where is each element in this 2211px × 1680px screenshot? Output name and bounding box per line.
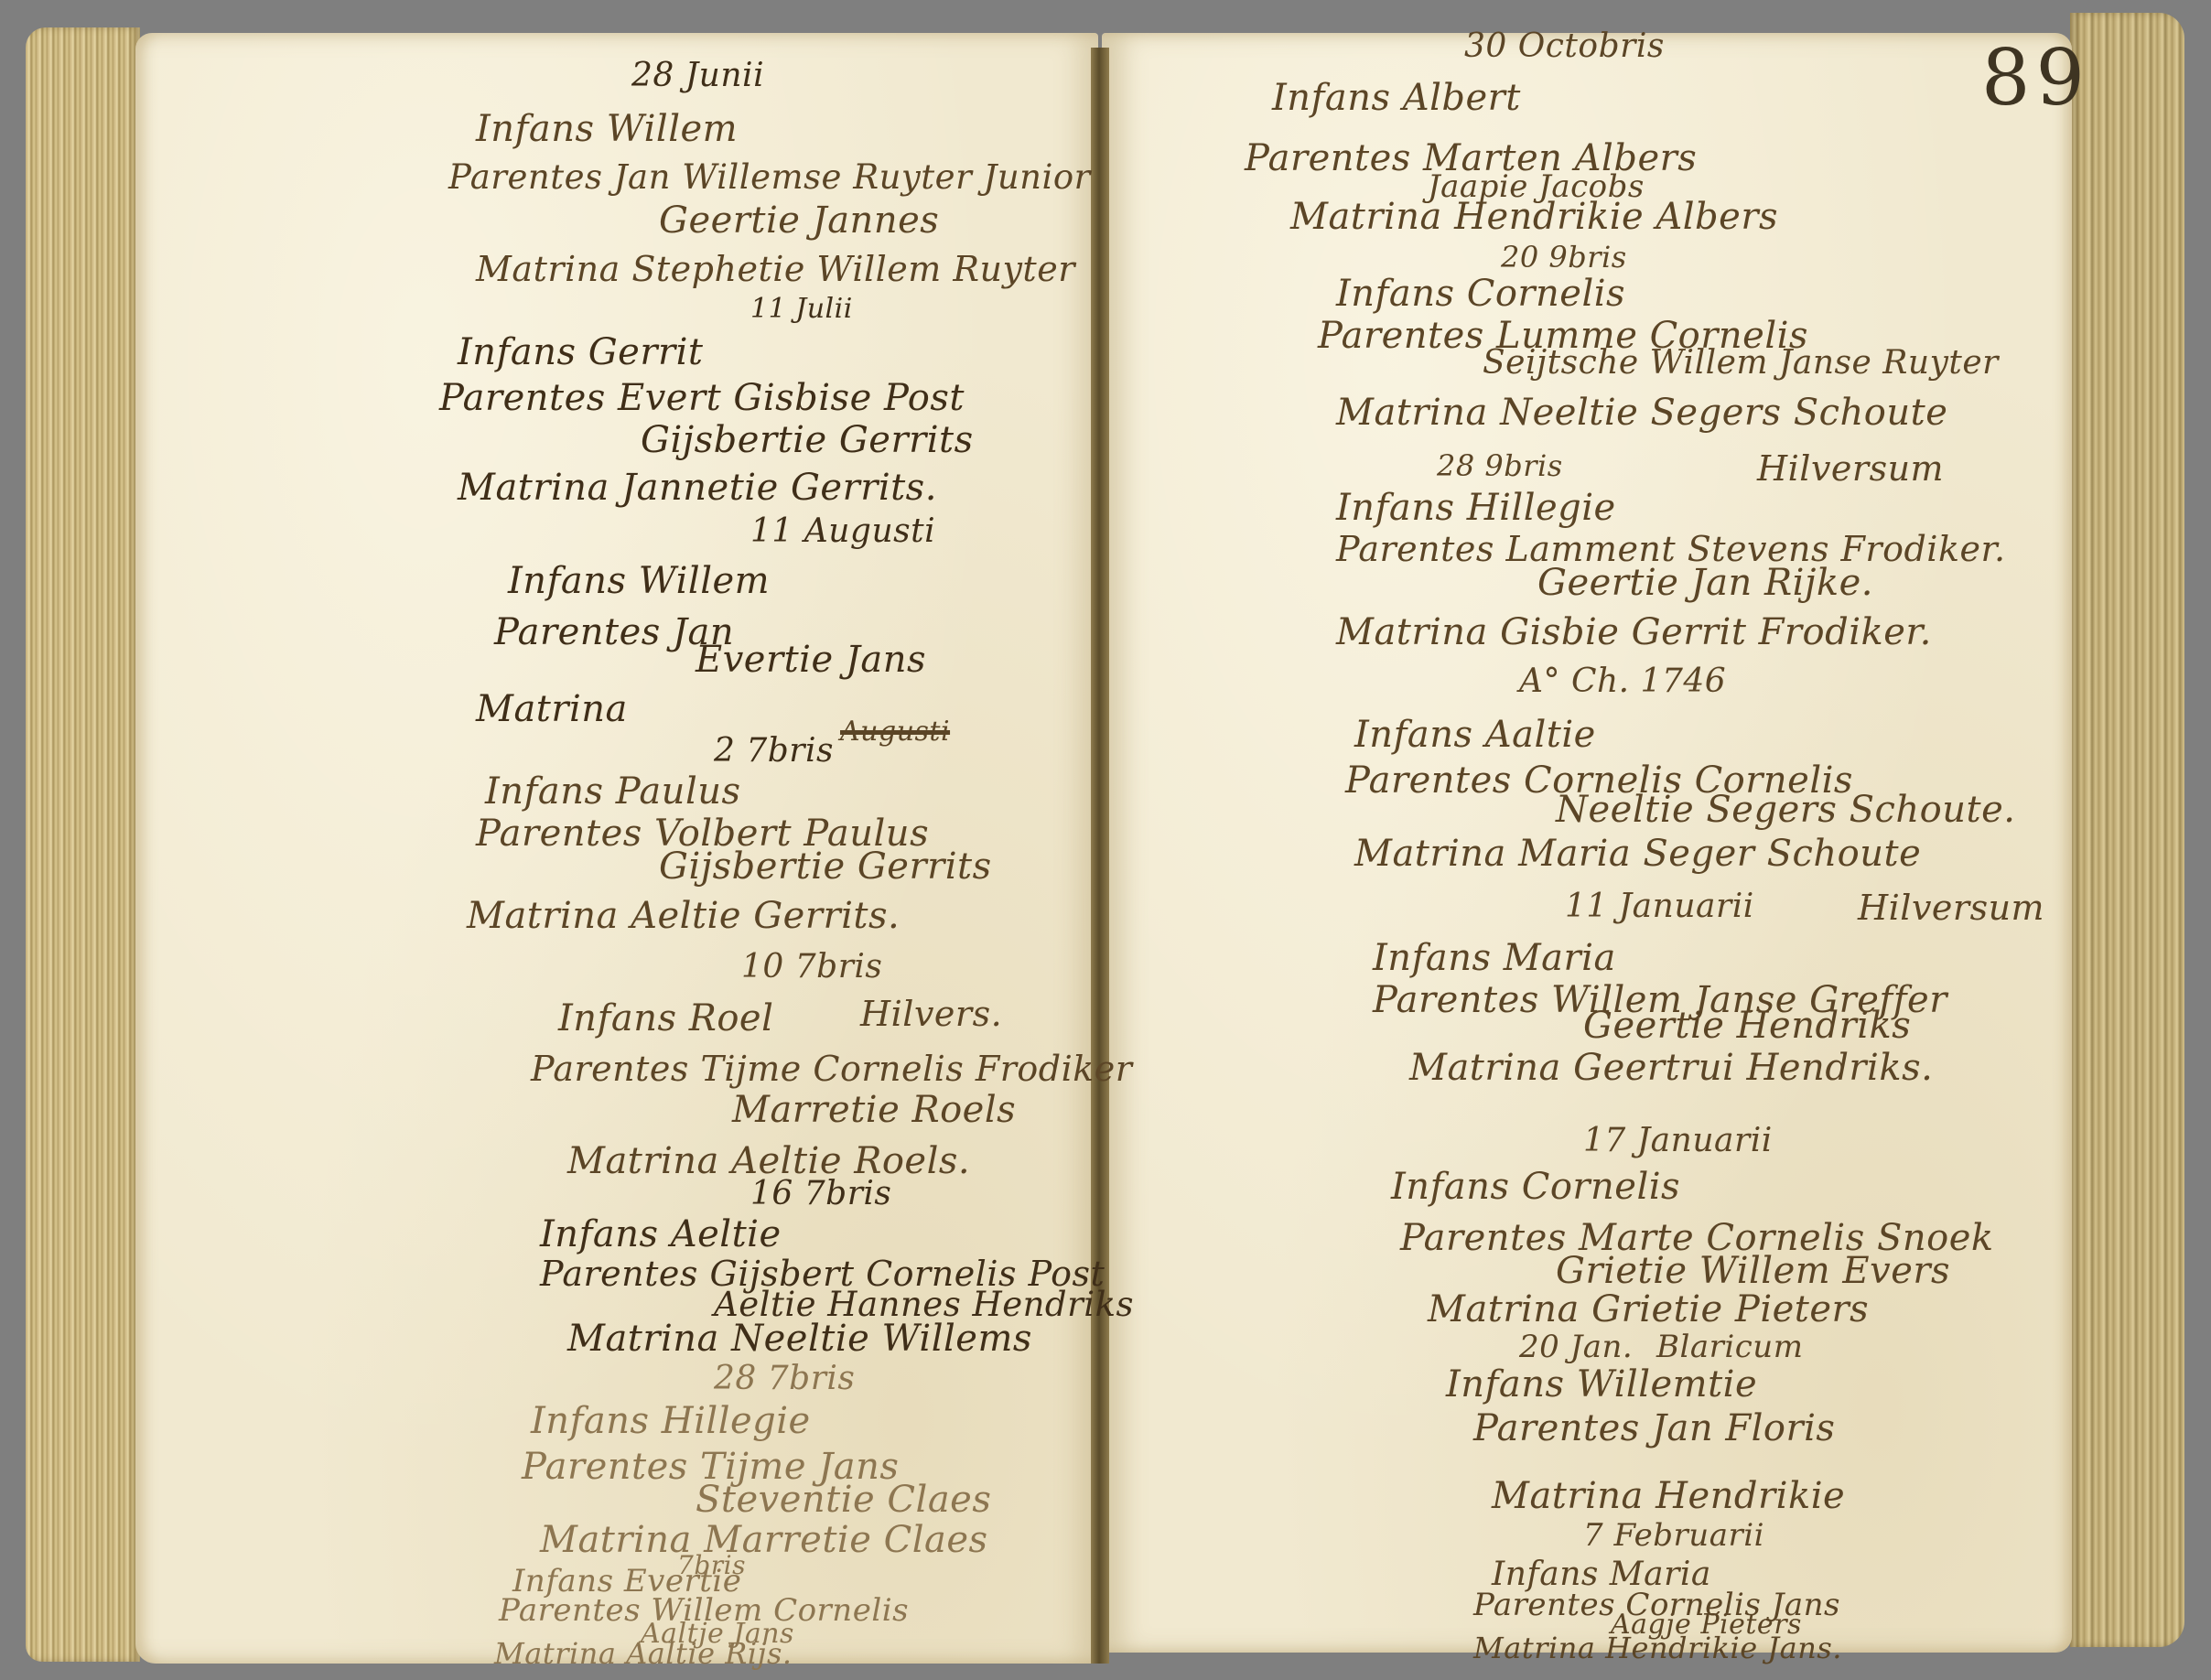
entry-infans: Infans Aaltie bbox=[1354, 714, 1596, 756]
entry-date: 28 Junii bbox=[631, 57, 764, 94]
entry-date: 20 9bris bbox=[1501, 240, 1627, 275]
entry-infans: Infans Maria bbox=[1373, 937, 1616, 979]
entry-infans: Infans Paulus bbox=[485, 770, 741, 813]
entry-matrina: Matrina Grietie Pieters bbox=[1428, 1288, 1869, 1330]
left-page-edges bbox=[26, 27, 140, 1662]
entry-infans: Infans Willem bbox=[476, 108, 738, 150]
entry-parentes: Parentes Evert Gisbise Post bbox=[439, 377, 965, 419]
entry-date: 11 Julii bbox=[750, 293, 853, 325]
entry-date: 10 7bris bbox=[741, 948, 882, 985]
entry-matrina: Matrina Maria Seger Schoute bbox=[1354, 833, 1921, 875]
entry-parentes: Gijsbertie Gerrits bbox=[641, 419, 974, 461]
entry-parentes: Parentes Jan Floris bbox=[1473, 1407, 1835, 1449]
entry-matrina: Matrina Neeltie Willems bbox=[567, 1318, 1032, 1360]
entry-parentes: Geertie Hendriks bbox=[1583, 1005, 1911, 1047]
entry-place: Hilvers. bbox=[860, 994, 1002, 1034]
entry-matrina: Matrina Marretie Claes bbox=[540, 1519, 988, 1561]
entry-infans: Infans Cornelis bbox=[1391, 1166, 1680, 1208]
entry-date: 16 7bris bbox=[750, 1175, 891, 1212]
entry-place: Blaricum bbox=[1656, 1329, 1803, 1365]
entry-place: Hilversum bbox=[1858, 888, 2044, 928]
entry-parentes: Parentes Jan Willemse Ruyter Junior bbox=[448, 157, 1091, 197]
entry-infans: Infans Albert bbox=[1272, 77, 1521, 119]
entry-date: 30 Octobris bbox=[1464, 27, 1665, 65]
entry-date-struck: Augusti bbox=[840, 716, 950, 748]
entry-date: 2 7bris bbox=[714, 732, 834, 770]
entry-matrina: Matrina Aeltie Gerrits. bbox=[467, 895, 900, 937]
entry-matrina: Matrina Hendrikie Jans. bbox=[1473, 1631, 1842, 1665]
entry-date: 28 7bris bbox=[714, 1360, 855, 1397]
entry-infans: Infans Aeltie bbox=[540, 1213, 782, 1255]
right-page-edges bbox=[2070, 13, 2184, 1647]
entry-parentes: Neeltie Segers Schoute. bbox=[1556, 789, 2015, 831]
entry-infans: Infans Cornelis bbox=[1336, 273, 1625, 315]
entry-parentes: Parentes Tijme Cornelis Frodiker bbox=[531, 1049, 1132, 1089]
entry-parentes: Geertie Jan Rijke. bbox=[1537, 562, 1873, 604]
entry-parentes: Grietie Willem Evers bbox=[1556, 1250, 1950, 1292]
book-gutter bbox=[1091, 48, 1109, 1664]
entry-date: 17 Januarii bbox=[1583, 1122, 1773, 1159]
entry-infans: Infans Willemtie bbox=[1446, 1363, 1757, 1405]
entry-date: 7 Februarii bbox=[1583, 1517, 1764, 1554]
entry-matrina: Matrina Neeltie Segers Schoute bbox=[1336, 392, 1947, 434]
entry-parentes: Evertie Jans bbox=[696, 639, 926, 681]
entry-date: 28 9bris bbox=[1437, 448, 1563, 483]
entry-infans: Infans Hillegie bbox=[1336, 487, 1616, 529]
entry-parentes: Gijsbertie Gerrits bbox=[659, 845, 992, 888]
entry-infans: Infans Gerrit bbox=[458, 331, 703, 373]
entry-matrina: Matrina bbox=[476, 688, 628, 730]
entry-matrina: Matrina Hendrikie bbox=[1492, 1475, 1845, 1517]
open-book: 89 28 Junii Infans Willem Parentes Jan W… bbox=[0, 0, 2211, 1680]
entry-parentes: Seijtsche Willem Janse Ruyter bbox=[1483, 344, 1999, 382]
entry-matrina: Matrina Aaltie Rijs. bbox=[494, 1636, 793, 1671]
entry-infans: Infans Roel bbox=[558, 997, 773, 1039]
entry-date: 11 Januarii bbox=[1565, 888, 1754, 925]
entry-matrina: Matrina Geertrui Hendriks. bbox=[1409, 1047, 1933, 1089]
entry-matrina: Matrina Stephetie Willem Ruyter bbox=[476, 249, 1075, 289]
entry-parentes: Marretie Roels bbox=[732, 1089, 1016, 1131]
entry-matrina: Matrina Gisbie Gerrit Frodiker. bbox=[1336, 611, 1932, 653]
entry-parentes: Steventie Claes bbox=[696, 1479, 991, 1521]
entry-place: Hilversum bbox=[1757, 448, 1944, 489]
entry-parentes: Geertie Jannes bbox=[659, 199, 939, 242]
entry-date: A° Ch. 1746 bbox=[1519, 662, 1726, 700]
entry-infans: Infans Hillegie bbox=[531, 1400, 811, 1442]
entry-date: 11 Augusti bbox=[750, 512, 935, 550]
entry-matrina: Matrina Jannetie Gerrits. bbox=[458, 467, 937, 509]
folio-number: 89 bbox=[1981, 33, 2090, 123]
entry-date: 20 Jan. bbox=[1519, 1329, 1633, 1365]
entry-matrina: Matrina Hendrikie Albers bbox=[1290, 196, 1778, 238]
entry-infans: Infans Willem bbox=[508, 560, 770, 602]
